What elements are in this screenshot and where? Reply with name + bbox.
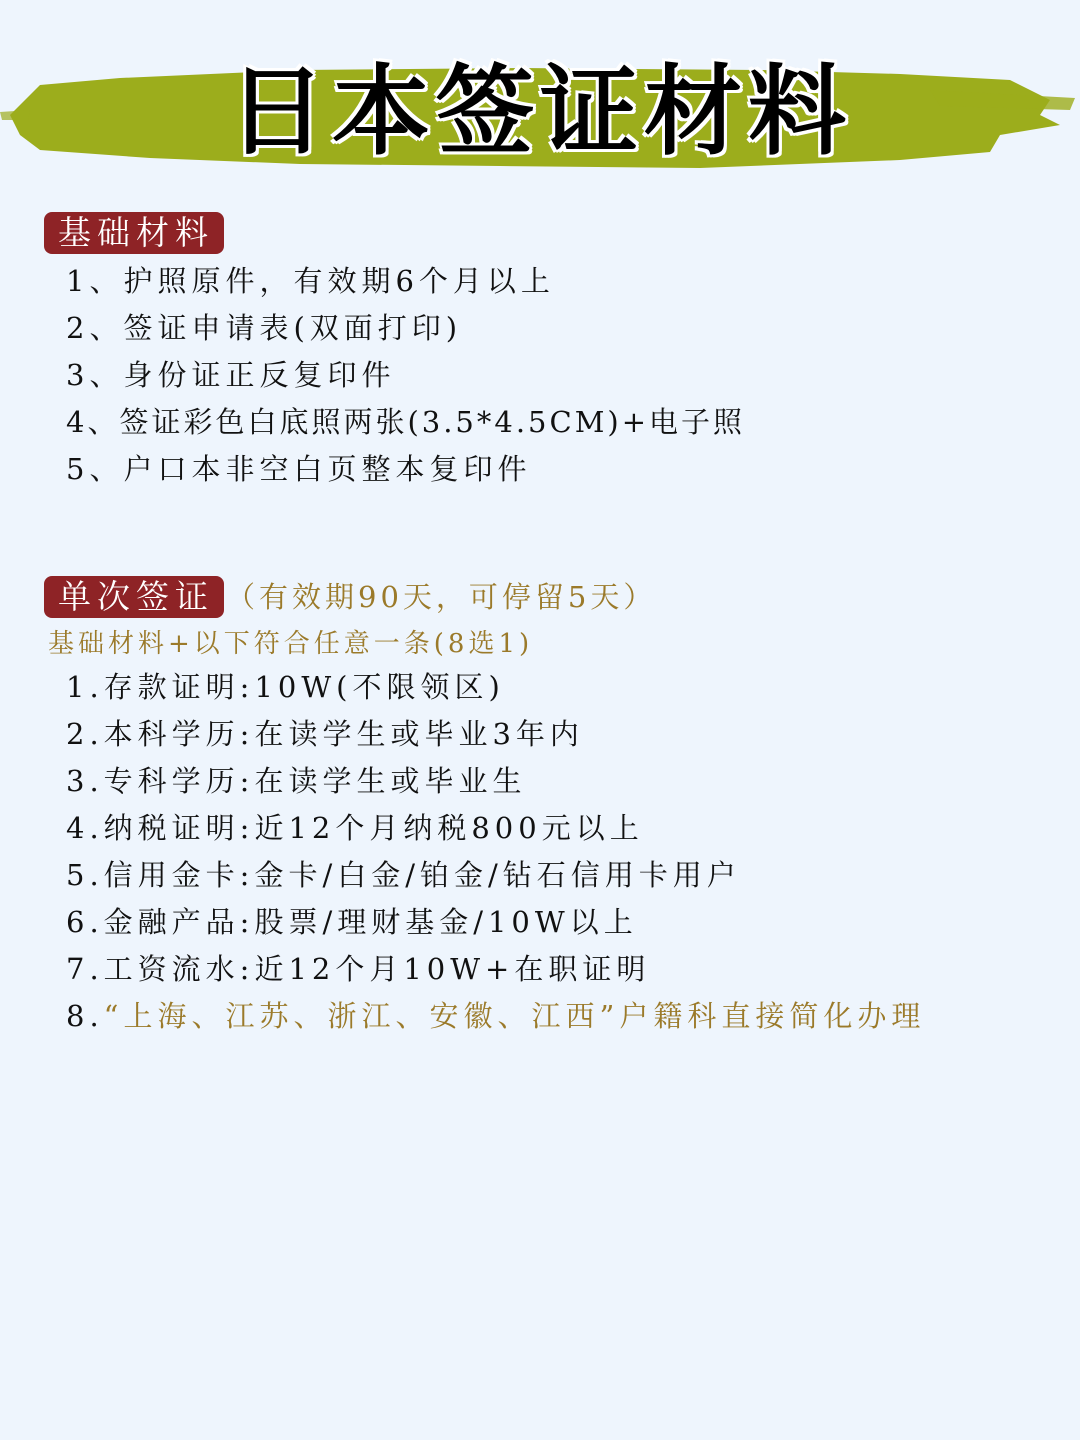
list-item: 4、签证彩色白底照两张(3.5*4.5CM)+电子照 [66, 399, 745, 446]
page-title: 日本签证材料 [0, 52, 1080, 172]
basic-materials-tag: 基础材料 [44, 212, 224, 254]
validity-note: （有效期90天，可停留5天） [226, 576, 656, 618]
list-item: 6.金融产品:股票/理财基金/10W以上 [66, 899, 925, 946]
single-visa-list: 1.存款证明:10W(不限领区) 2.本科学历:在读学生或毕业3年内 3.专科学… [66, 664, 925, 1040]
list-item: 5.信用金卡:金卡/白金/铂金/钻石信用卡用户 [66, 852, 925, 899]
basic-materials-list: 1、护照原件，有效期6个月以上 2、签证申请表(双面打印) 3、身份证正反复印件… [66, 258, 745, 493]
list-item: 1.存款证明:10W(不限领区) [66, 664, 925, 711]
list-item: 1、护照原件，有效期6个月以上 [66, 258, 745, 305]
list-item: 4.纳税证明:近12个月纳税800元以上 [66, 805, 925, 852]
list-item: 2.本科学历:在读学生或毕业3年内 [66, 711, 925, 758]
list-item: 2、签证申请表(双面打印) [66, 305, 745, 352]
list-item-8: 8.“上海、江苏、浙江、安徽、江西”户籍科直接简化办理 [66, 993, 925, 1040]
single-visa-tag: 单次签证 [44, 576, 224, 618]
item8-number: 8. [66, 999, 104, 1033]
item8-text: “上海、江苏、浙江、安徽、江西”户籍科直接简化办理 [104, 999, 926, 1033]
requirement-note: 基础材料+以下符合任意一条(8选1) [48, 624, 533, 664]
list-item: 5、户口本非空白页整本复印件 [66, 446, 745, 493]
list-item: 3、身份证正反复印件 [66, 352, 745, 399]
list-item: 3.专科学历:在读学生或毕业生 [66, 758, 925, 805]
list-item: 7.工资流水:近12个月10W+在职证明 [66, 946, 925, 993]
